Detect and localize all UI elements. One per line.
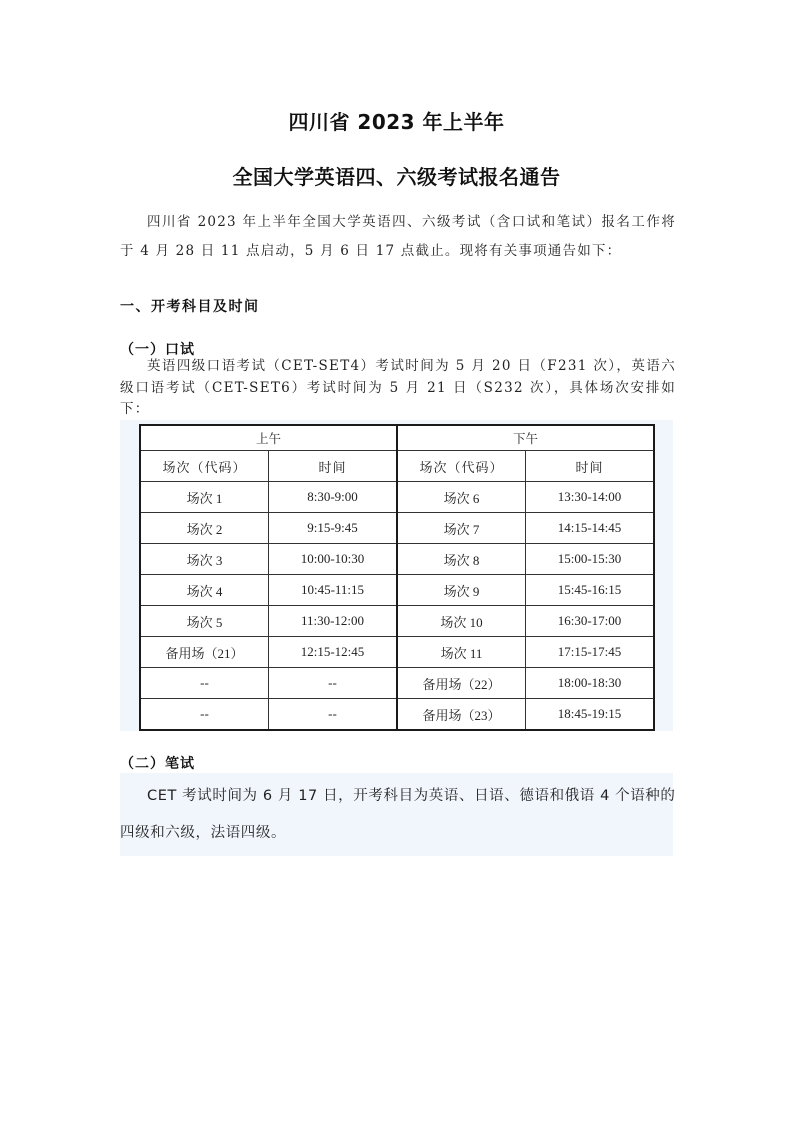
table-row: 场次 4 10:45-11:15 场次 9 15:45-16:15: [140, 575, 654, 606]
pm-session-cell: 场次 11: [397, 637, 526, 668]
pm-session-cell: 场次 7: [397, 513, 526, 544]
am-session-cell: 场次 4: [140, 575, 269, 606]
am-session-cell: 场次 3: [140, 544, 269, 575]
am-time-cell: 10:00-10:30: [269, 544, 397, 575]
pm-time-cell: 13:30-14:00: [525, 482, 654, 513]
table-row: -- -- 备用场（23） 18:45-19:15: [140, 699, 654, 731]
written-exam-paragraph: CET 考试时间为 6 月 17 日，开考科目为英语、日语、德语和俄语 4 个语…: [120, 778, 676, 852]
section-heading-subjects-time: 一、开考科目及时间: [120, 296, 260, 316]
pm-time-cell: 17:15-17:45: [525, 637, 654, 668]
pm-time-cell: 15:00-15:30: [525, 544, 654, 575]
am-time-column-header: 时间: [269, 451, 397, 482]
table-row: 场次 5 11:30-12:00 场次 10 16:30-17:00: [140, 606, 654, 637]
morning-header: 上午: [140, 425, 397, 451]
pm-session-cell: 场次 10: [397, 606, 526, 637]
table-row: 备用场（21） 12:15-12:45 场次 11 17:15-17:45: [140, 637, 654, 668]
am-session-cell: --: [140, 668, 269, 699]
subsection-heading-written: （二）笔试: [120, 753, 195, 773]
am-session-cell: --: [140, 699, 269, 731]
document-title-line1: 四川省 2023 年上半年: [0, 106, 793, 135]
pm-session-cell: 场次 8: [397, 544, 526, 575]
am-time-cell: --: [269, 668, 397, 699]
pm-session-cell: 备用场（23）: [397, 699, 526, 731]
pm-time-cell: 18:00-18:30: [525, 668, 654, 699]
table-row: -- -- 备用场（22） 18:00-18:30: [140, 668, 654, 699]
document-title-line2: 全国大学英语四、六级考试报名通告: [0, 161, 793, 190]
table-row: 场次 1 8:30-9:00 场次 6 13:30-14:00: [140, 482, 654, 513]
am-time-cell: 12:15-12:45: [269, 637, 397, 668]
pm-session-cell: 备用场（22）: [397, 668, 526, 699]
pm-time-cell: 16:30-17:00: [525, 606, 654, 637]
am-session-cell: 备用场（21）: [140, 637, 269, 668]
pm-time-column-header: 时间: [525, 451, 654, 482]
am-time-cell: 10:45-11:15: [269, 575, 397, 606]
am-time-cell: 8:30-9:00: [269, 482, 397, 513]
pm-time-cell: 15:45-16:15: [525, 575, 654, 606]
am-session-cell: 场次 5: [140, 606, 269, 637]
am-time-cell: --: [269, 699, 397, 731]
pm-time-cell: 18:45-19:15: [525, 699, 654, 731]
am-session-column-header: 场次（代码）: [140, 451, 269, 482]
am-time-cell: 11:30-12:00: [269, 606, 397, 637]
am-session-cell: 场次 2: [140, 513, 269, 544]
table-row: 场次 2 9:15-9:45 场次 7 14:15-14:45: [140, 513, 654, 544]
pm-session-cell: 场次 6: [397, 482, 526, 513]
afternoon-header: 下午: [397, 425, 654, 451]
pm-session-cell: 场次 9: [397, 575, 526, 606]
table-row: 场次 3 10:00-10:30 场次 8 15:00-15:30: [140, 544, 654, 575]
oral-schedule-table: 上午 下午 场次（代码） 时间 场次（代码） 时间 场次 1 8:30-9:00…: [139, 424, 655, 731]
pm-session-column-header: 场次（代码）: [397, 451, 526, 482]
am-time-cell: 9:15-9:45: [269, 513, 397, 544]
schedule-table-image: 上午 下午 场次（代码） 时间 场次（代码） 时间 场次 1 8:30-9:00…: [120, 420, 673, 731]
am-session-cell: 场次 1: [140, 482, 269, 513]
oral-exam-paragraph: 英语四级口语考试（CET-SET4）考试时间为 5 月 20 日（F231 次）…: [120, 356, 676, 421]
pm-time-cell: 14:15-14:45: [525, 513, 654, 544]
intro-paragraph: 四川省 2023 年上半年全国大学英语四、六级考试（含口试和笔试）报名工作将于 …: [120, 208, 676, 266]
